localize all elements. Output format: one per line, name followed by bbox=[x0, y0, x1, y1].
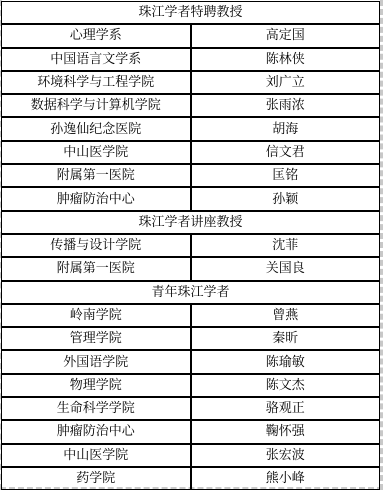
name-cell: 鞠怀强 bbox=[191, 420, 380, 443]
table-row: 环境科学与工程学院 刘广立 bbox=[2, 71, 380, 94]
name-cell: 胡海 bbox=[191, 117, 380, 140]
name-cell: 张宏波 bbox=[191, 444, 380, 467]
unit-cell: 传播与设计学院 bbox=[2, 234, 191, 257]
name-cell: 高定国 bbox=[191, 24, 380, 47]
unit-cell: 中国语言文学系 bbox=[2, 48, 191, 71]
table-row: 物理学院 陈文杰 bbox=[2, 374, 380, 397]
table-row: 肿瘤防治中心 孙颖 bbox=[2, 187, 380, 210]
table-row: 传播与设计学院 沈菲 bbox=[2, 234, 380, 257]
name-cell: 孙颖 bbox=[191, 187, 380, 210]
unit-cell: 外国语学院 bbox=[2, 350, 191, 373]
unit-cell: 中山医学院 bbox=[2, 444, 191, 467]
unit-cell: 肿瘤防治中心 bbox=[2, 187, 191, 210]
section-title: 青年珠江学者 bbox=[2, 281, 380, 304]
table-row: 中国语言文学系 陈林侠 bbox=[2, 48, 380, 71]
table-row: 药学院 熊小峰 bbox=[2, 467, 380, 490]
name-cell: 刘广立 bbox=[191, 71, 380, 94]
name-cell: 关国良 bbox=[191, 257, 380, 280]
unit-cell: 环境科学与工程学院 bbox=[2, 71, 191, 94]
section-title: 珠江学者特聘教授 bbox=[2, 2, 380, 25]
name-cell: 陈林侠 bbox=[191, 48, 380, 71]
unit-cell: 心理学系 bbox=[2, 24, 191, 47]
unit-cell: 中山医学院 bbox=[2, 141, 191, 164]
section-header-row: 青年珠江学者 bbox=[2, 281, 380, 304]
unit-cell: 物理学院 bbox=[2, 374, 191, 397]
name-cell: 张雨浓 bbox=[191, 94, 380, 117]
table-row: 肿瘤防治中心 鞠怀强 bbox=[2, 420, 380, 443]
scholars-table: 珠江学者特聘教授 心理学系 高定国 中国语言文学系 陈林侠 环境科学与工程学院 … bbox=[1, 1, 380, 490]
section-title: 珠江学者讲座教授 bbox=[2, 211, 380, 234]
section-header-row: 珠江学者讲座教授 bbox=[2, 211, 380, 234]
name-cell: 骆观正 bbox=[191, 397, 380, 420]
unit-cell: 肿瘤防治中心 bbox=[2, 420, 191, 443]
table-row: 孙逸仙纪念医院 胡海 bbox=[2, 117, 380, 140]
table-row: 心理学系 高定国 bbox=[2, 24, 380, 47]
name-cell: 沈菲 bbox=[191, 234, 380, 257]
unit-cell: 数据科学与计算机学院 bbox=[2, 94, 191, 117]
name-cell: 信文君 bbox=[191, 141, 380, 164]
unit-cell: 附属第一医院 bbox=[2, 164, 191, 187]
unit-cell: 孙逸仙纪念医院 bbox=[2, 117, 191, 140]
unit-cell: 附属第一医院 bbox=[2, 257, 191, 280]
unit-cell: 管理学院 bbox=[2, 327, 191, 350]
table-row: 岭南学院 曾燕 bbox=[2, 304, 380, 327]
table-row: 管理学院 秦昕 bbox=[2, 327, 380, 350]
table-row: 中山医学院 信文君 bbox=[2, 141, 380, 164]
name-cell: 匡铭 bbox=[191, 164, 380, 187]
table-row: 附属第一医院 匡铭 bbox=[2, 164, 380, 187]
unit-cell: 岭南学院 bbox=[2, 304, 191, 327]
table-row: 生命科学学院 骆观正 bbox=[2, 397, 380, 420]
table-row: 中山医学院 张宏波 bbox=[2, 444, 380, 467]
name-cell: 曾燕 bbox=[191, 304, 380, 327]
unit-cell: 药学院 bbox=[2, 467, 191, 490]
section-header-row: 珠江学者特聘教授 bbox=[2, 2, 380, 25]
table-row: 数据科学与计算机学院 张雨浓 bbox=[2, 94, 380, 117]
name-cell: 陈文杰 bbox=[191, 374, 380, 397]
table-row: 外国语学院 陈瑜敏 bbox=[2, 350, 380, 373]
name-cell: 陈瑜敏 bbox=[191, 350, 380, 373]
unit-cell: 生命科学学院 bbox=[2, 397, 191, 420]
name-cell: 熊小峰 bbox=[191, 467, 380, 490]
table-row: 附属第一医院 关国良 bbox=[2, 257, 380, 280]
name-cell: 秦昕 bbox=[191, 327, 380, 350]
